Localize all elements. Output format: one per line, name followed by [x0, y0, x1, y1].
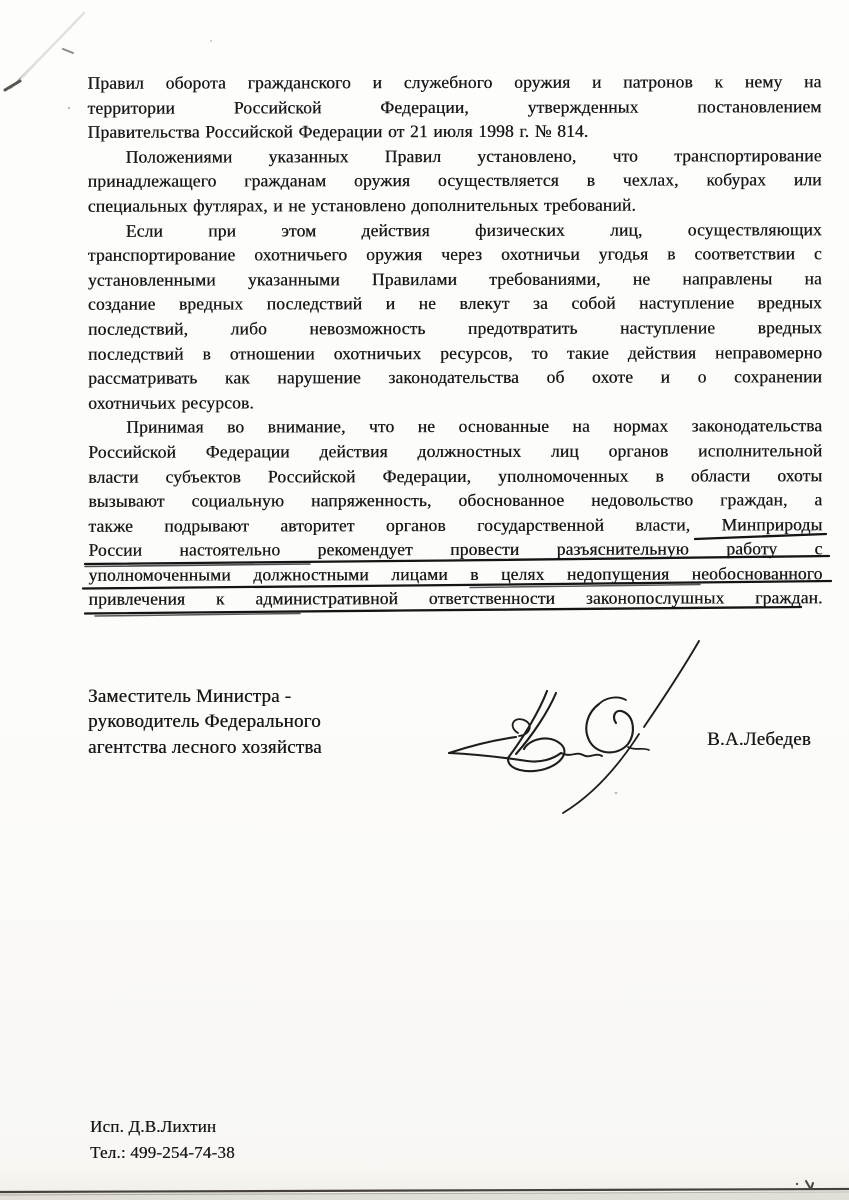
handwritten-signature: [449, 641, 699, 813]
document-line: последствий в отношении охотничьих ресур…: [88, 340, 822, 366]
document-line: Если при этом действия физических лиц, о…: [88, 217, 822, 243]
document-line: также подрывают авторитет органов госуда…: [88, 512, 822, 538]
signer-title-line: руководитель Федерального: [88, 709, 322, 734]
letter-body: Правил оборота гражданского и служебного…: [87, 69, 822, 612]
scan-crease-mark: [5, 13, 84, 90]
document-line: Правил оборота гражданского и служебного…: [87, 69, 821, 95]
document-line: территории Российской Федерации, утвержд…: [87, 94, 821, 120]
document-line: специальных футлярах, и не установлено д…: [88, 192, 822, 218]
document-line: уполномоченными должностными лицами в це…: [88, 561, 822, 587]
document-line: создание вредных последствий и не влекут…: [88, 291, 822, 317]
document-line: транспортирование охотничьего оружия чер…: [88, 241, 822, 267]
footer-phone: Тел.: 499-254-74-38: [90, 1140, 235, 1166]
signer-title: Заместитель Министра -руководитель Федер…: [88, 684, 322, 760]
document-line: Положениями указанных Правил установлено…: [88, 143, 822, 169]
document-line: вызывают социальную напряженность, обосн…: [88, 487, 822, 513]
footer-executor: Исп. Д.В.Лихтин: [90, 1114, 235, 1140]
pen-underline-line8-double: [95, 614, 300, 617]
document-line: последствий, либо невозможность предотвр…: [88, 315, 822, 341]
document-line: власти субъектов Российской Федерации, у…: [88, 463, 822, 489]
letter-footer: Исп. Д.В.Лихтин Тел.: 499-254-74-38: [90, 1114, 235, 1165]
document-line: установленными указанными Правилами треб…: [88, 266, 822, 292]
signer-title-line: Заместитель Министра -: [88, 684, 322, 709]
signer-name: В.А.Лебедев: [707, 729, 811, 751]
document-line: Правительства Российской Федерации от 21…: [88, 118, 822, 144]
document-line: Принимая во внимание, что не основанные …: [88, 414, 822, 440]
scan-edge-artifact: [0, 1181, 849, 1200]
document-line: рассматривать как нарушение законодатель…: [88, 364, 822, 390]
document-line: привлечения к административной ответстве…: [89, 586, 823, 612]
document-line: принадлежащего гражданам оружия осуществ…: [88, 168, 822, 194]
scanned-letter-page: Правил оборота гражданского и служебного…: [0, 0, 849, 1200]
signer-title-line: агентства лесного хозяйства: [88, 735, 322, 760]
document-line: России настоятельно рекомендует провести…: [88, 537, 822, 563]
document-line: Российской Федерации действия должностны…: [88, 438, 822, 464]
document-line: охотничьих ресурсов.: [88, 389, 822, 415]
